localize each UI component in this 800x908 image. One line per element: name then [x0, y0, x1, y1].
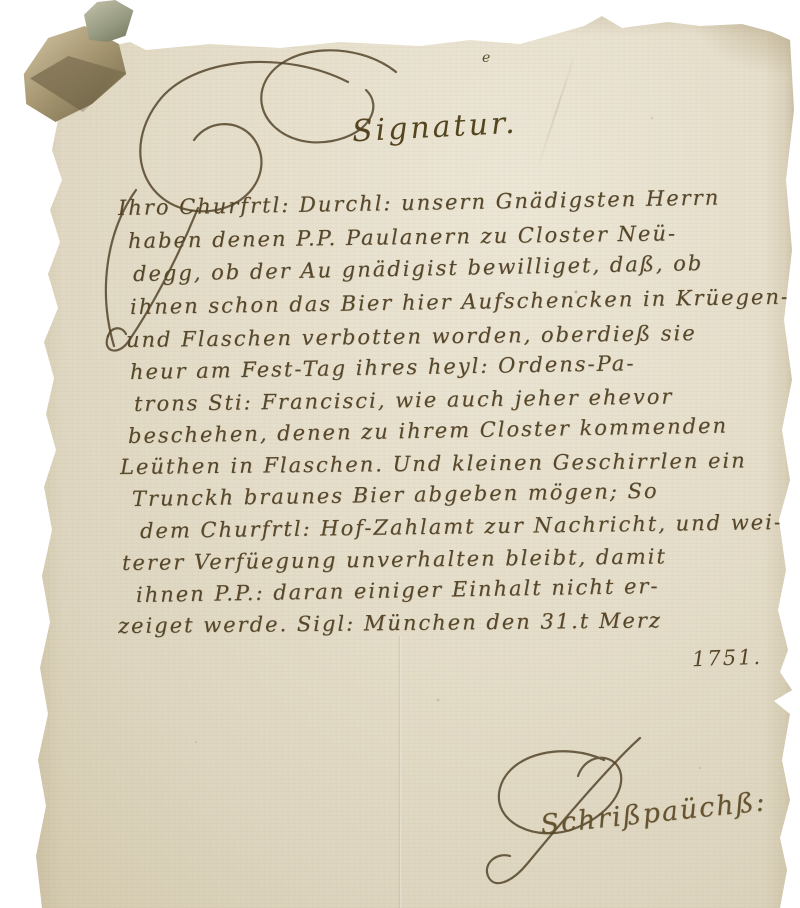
folded-paper-tab [84, 0, 136, 42]
date-line: 1751. [692, 645, 763, 671]
paper-sheet: Signatur. e Ihro Churfrtl: Durchl: unser… [0, 0, 800, 908]
superscript-mark: e [482, 50, 490, 66]
manuscript-photo: Signatur. e Ihro Churfrtl: Durchl: unser… [0, 0, 800, 908]
